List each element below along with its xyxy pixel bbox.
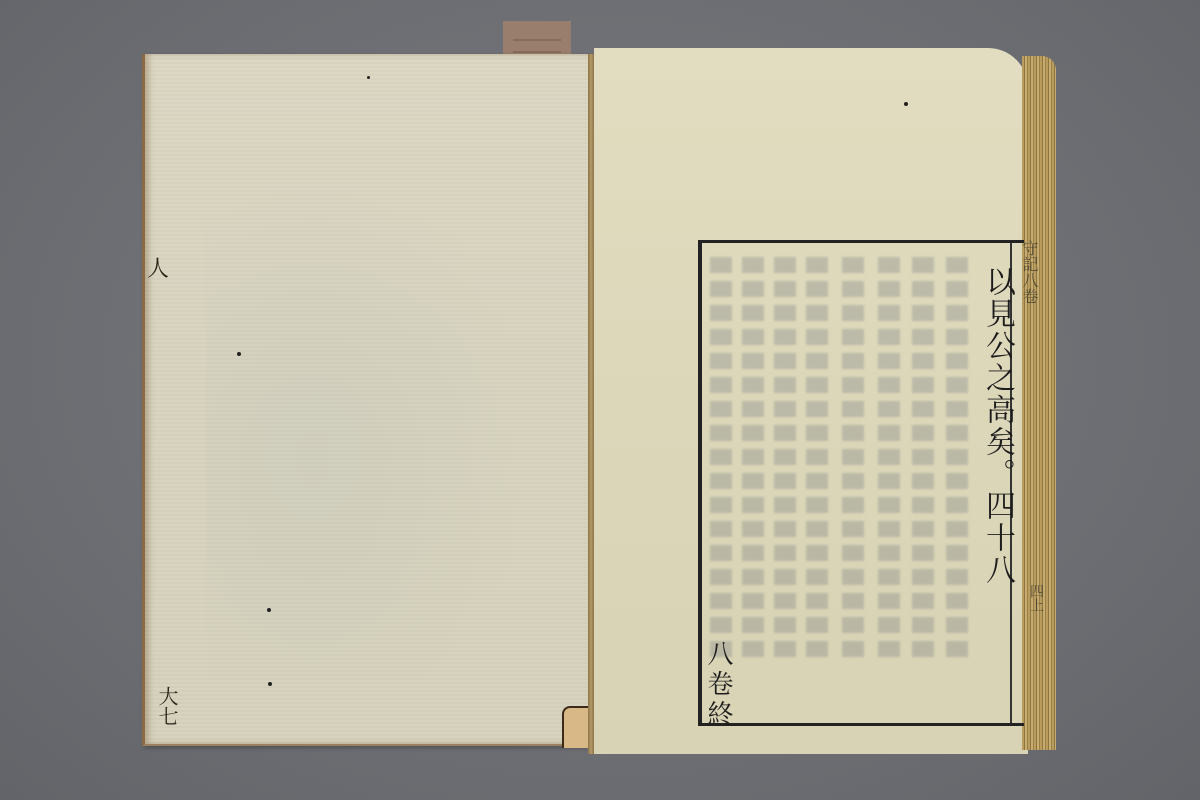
faint-text-column [842,257,864,657]
ink-speck [904,102,908,106]
faint-text-column [742,257,764,657]
show-through-ghost [205,114,565,674]
volume-end-marker: 八卷終 [700,640,737,730]
main-text-column: 以見公之高矣。四十八 [975,266,1019,586]
margin-mark-bottom: 大七 [153,686,182,726]
faint-text-column [774,257,796,657]
left-page: 人 大七 [142,54,593,746]
ink-speck [267,608,271,612]
folio-number: 四上 [1026,584,1046,612]
tag-line [513,39,561,41]
ink-speck [367,76,370,79]
faint-text-column [710,257,732,657]
page-edges [1022,56,1056,750]
margin-mark-top: 人 [147,252,169,283]
faint-text-column [912,257,934,657]
faint-text-column [806,257,828,657]
ink-speck [268,682,272,686]
ink-speck [237,352,241,356]
faint-text-column [878,257,900,657]
tag-line [513,51,561,53]
faint-text-column [946,257,968,657]
page-header-column: 守記八卷 [1018,240,1041,304]
